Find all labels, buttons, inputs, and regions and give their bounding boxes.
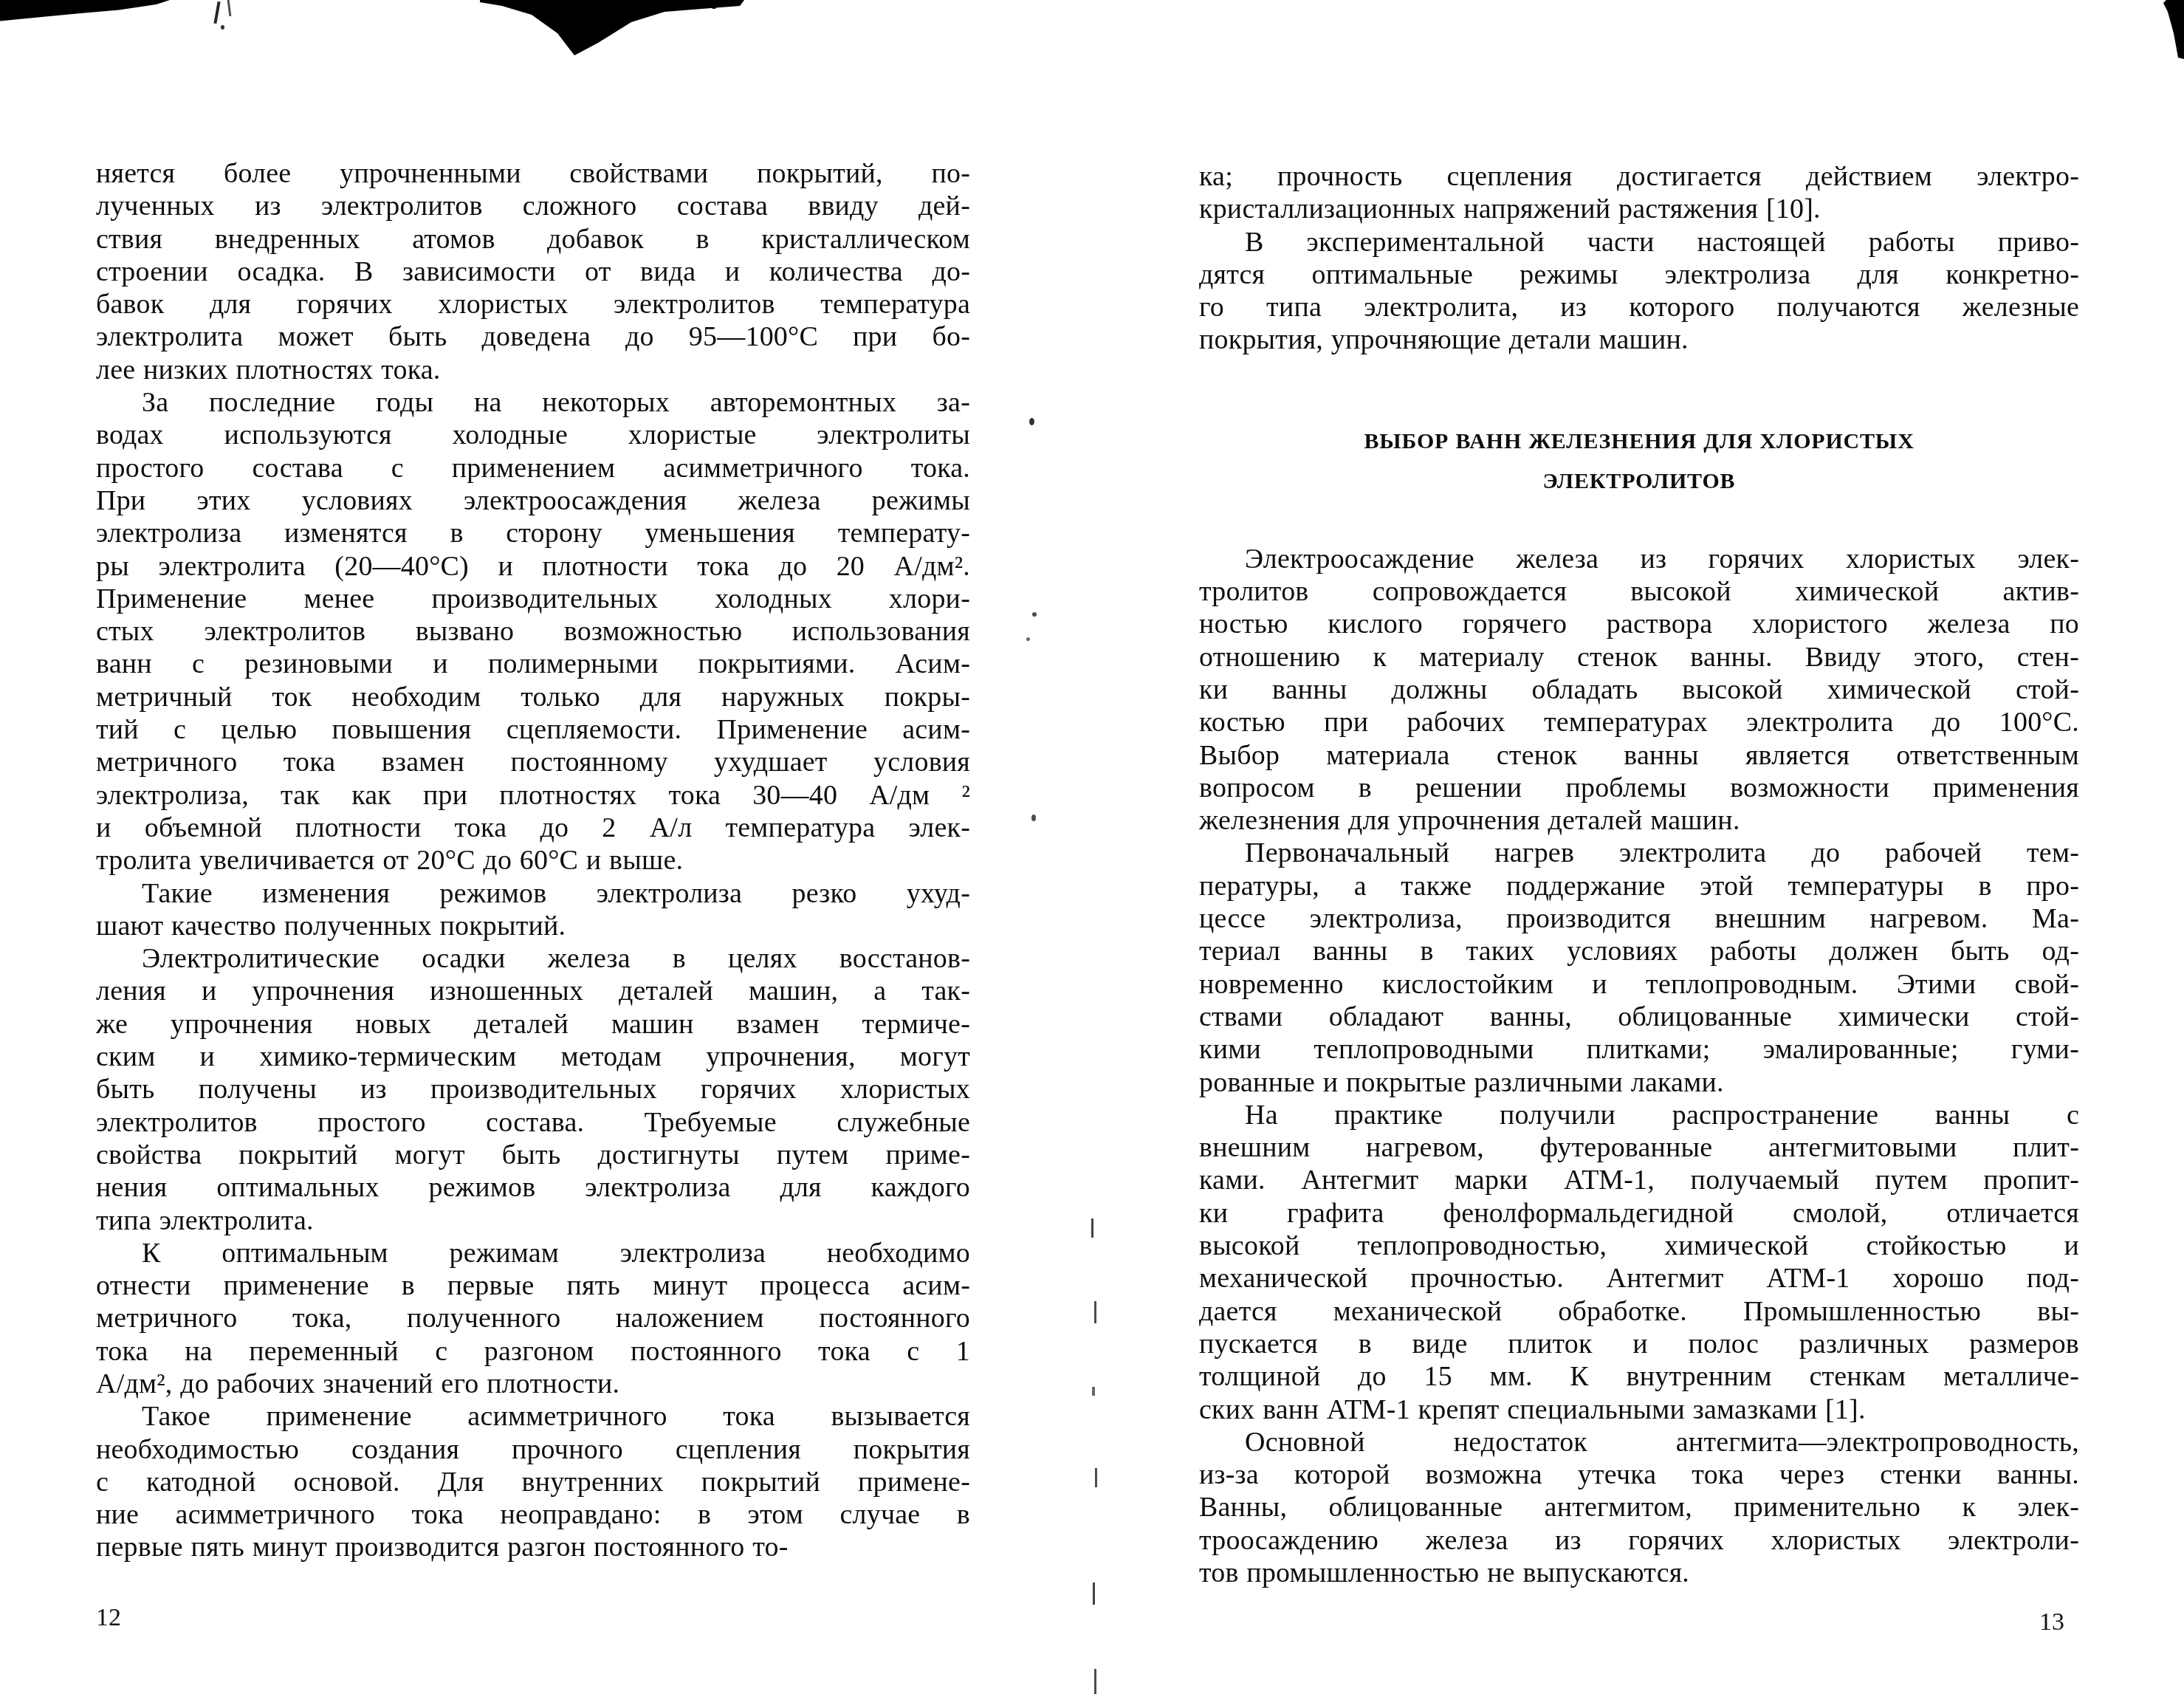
text-line: ских ванн АТМ-1 крепят специальными зама… bbox=[1199, 1393, 2079, 1426]
scan-smudge-top-center bbox=[480, 0, 744, 58]
text-line: тий с целью повышения сцепляемости. Прим… bbox=[96, 713, 970, 746]
text-line: нения оптимальных режимов электролиза дл… bbox=[96, 1171, 970, 1204]
text-line: троосаждению железа из горячих хлористых… bbox=[1199, 1524, 2079, 1557]
text-line: пускается в виде плиток и полос различны… bbox=[1199, 1328, 2079, 1360]
text-line: ние асимметричного тока неоправдано: в э… bbox=[96, 1498, 970, 1531]
paragraph: Первоначальный нагрев электролита до раб… bbox=[1199, 837, 2079, 1098]
gutter-mark bbox=[1093, 1583, 1095, 1605]
text-line: ванн с резиновыми и полимерными покрытия… bbox=[96, 648, 970, 680]
paragraph: К оптимальным режимам электролиза необхо… bbox=[96, 1237, 970, 1400]
gutter-mark bbox=[1094, 1301, 1096, 1323]
text-line: К оптимальным режимам электролиза необхо… bbox=[96, 1237, 970, 1269]
text-line: с катодной основой. Для внутренних покры… bbox=[96, 1466, 970, 1498]
text-line: Основной недостаток антегмита—электропро… bbox=[1199, 1426, 2079, 1458]
paragraph: Такое применение асимметричного тока выз… bbox=[96, 1400, 970, 1563]
paragraph: На практике получили распространение ван… bbox=[1199, 1099, 2079, 1426]
text-line: отношению к материалу стенок ванны. Ввид… bbox=[1199, 641, 2079, 673]
text-line: электролитов простого состава. Требуемые… bbox=[96, 1106, 970, 1139]
text-line: необходимостью создания прочного сцеплен… bbox=[96, 1433, 970, 1466]
text-line: Электроосаждение железа из горячих хлори… bbox=[1199, 543, 2079, 575]
scan-speck bbox=[221, 25, 224, 30]
text-line: первые пять минут производится разгон по… bbox=[96, 1531, 970, 1563]
scan-speck bbox=[1029, 418, 1034, 425]
text-line: рованные и покрытые различными лаками. bbox=[1199, 1066, 2079, 1099]
text-line: же упрочнения новых деталей машин взамен… bbox=[96, 1008, 970, 1041]
text-line: За последние годы на некоторых авторемон… bbox=[96, 386, 970, 419]
book-scan-spread: { "document": { "language": "ru", "left_… bbox=[0, 0, 2184, 1697]
text-line: водах используются холодные хлористые эл… bbox=[96, 419, 970, 451]
text-line: ки ванны должны обладать высокой химичес… bbox=[1199, 673, 2079, 706]
heading-line: ВЫБОР ВАНН ЖЕЛЕЗНЕНИЯ ДЛЯ ХЛОРИСТЫХ bbox=[1199, 422, 2079, 462]
scan-speck bbox=[711, 3, 717, 9]
text-line: ским и химико-термическим методам упрочн… bbox=[96, 1041, 970, 1073]
text-line: железнения для упрочнения деталей машин. bbox=[1199, 804, 2079, 837]
text-line: А/дм², до рабочих значений его плотности… bbox=[96, 1368, 970, 1400]
text-line: На практике получили распространение ван… bbox=[1199, 1099, 2079, 1131]
text-line: отнести применение в первые пять минут п… bbox=[96, 1269, 970, 1302]
text-line: внешним нагревом, футерованные антегмито… bbox=[1199, 1131, 2079, 1164]
text-line: Первоначальный нагрев электролита до раб… bbox=[1199, 837, 2079, 869]
text-line: стых электролитов вызвано возможностью и… bbox=[96, 615, 970, 648]
text-line: кими теплопроводными плитками; эмалирова… bbox=[1199, 1033, 2079, 1066]
left-page-text-column: няется более упрочненными свойствами пок… bbox=[96, 157, 970, 1564]
text-line: типа электролита. bbox=[96, 1204, 970, 1237]
text-line: из-за которой возможна утечка тока через… bbox=[1199, 1458, 2079, 1491]
text-line: электролиза, так как при плотностях тока… bbox=[96, 779, 970, 812]
scan-pen-streak bbox=[227, 0, 232, 16]
gutter-mark bbox=[1092, 1387, 1095, 1396]
scan-speck bbox=[1031, 815, 1036, 821]
text-line: механической прочностью. Антегмит АТМ-1 … bbox=[1199, 1262, 2079, 1295]
text-line: дается механической обработке. Промышлен… bbox=[1199, 1295, 2079, 1328]
text-line: Ванны, облицованные антегмитом, применит… bbox=[1199, 1491, 2079, 1523]
scan-smudge-top-left bbox=[0, 0, 170, 22]
text-line: ры электролита (20—40°С) и плотности ток… bbox=[96, 550, 970, 583]
text-line: тролита увеличивается от 20°С до 60°С и … bbox=[96, 844, 970, 877]
text-line: толщиной до 15 мм. К внутренним стенкам … bbox=[1199, 1360, 2079, 1393]
text-line: дятся оптимальные режимы электролиза для… bbox=[1199, 258, 2079, 291]
scan-smudge-top-right bbox=[2159, 0, 2184, 59]
text-line: териал ванны в таких условиях работы дол… bbox=[1199, 935, 2079, 967]
paragraph: ка; прочность сцепления достигается дейс… bbox=[1199, 160, 2079, 226]
text-line: новременно кислостойким и теплопроводным… bbox=[1199, 968, 2079, 1001]
gutter-mark bbox=[1094, 1669, 1096, 1694]
text-line: тов промышленностью не выпускаются. bbox=[1199, 1557, 2079, 1589]
paragraph: Такие изменения режимов электролиза резк… bbox=[96, 877, 970, 943]
text-line: тролитов сопровождается высокой химическ… bbox=[1199, 575, 2079, 608]
text-line: высокой теплопроводностью, химической ст… bbox=[1199, 1230, 2079, 1262]
text-line: строении осадка. В зависимости от вида и… bbox=[96, 256, 970, 288]
text-line: пературы, а также поддержание этой темпе… bbox=[1199, 870, 2079, 902]
text-line: простого состава с применением асимметри… bbox=[96, 452, 970, 484]
text-line: свойства покрытий могут быть достигнуты … bbox=[96, 1139, 970, 1171]
text-line: электролита может быть доведена до 95—10… bbox=[96, 320, 970, 353]
text-line: кристаллизационных напряжений растяжения… bbox=[1199, 193, 2079, 225]
text-line: няется более упрочненными свойствами пок… bbox=[96, 157, 970, 190]
text-line: цессе электролиза, производится внешним … bbox=[1199, 902, 2079, 935]
text-line: и объемной плотности тока до 2 А/л темпе… bbox=[96, 812, 970, 844]
text-line: ствия внедренных атомов добавок в криста… bbox=[96, 223, 970, 256]
text-line: электролиза изменятся в сторону уменьшен… bbox=[96, 517, 970, 549]
paragraph: Основной недостаток антегмита—электропро… bbox=[1199, 1426, 2079, 1589]
text-line: метричного тока взамен постоянному ухудш… bbox=[96, 746, 970, 778]
text-line: Электролитические осадки железа в целях … bbox=[96, 942, 970, 975]
text-line: костью при рабочих температурах электрол… bbox=[1199, 706, 2079, 738]
scan-speck bbox=[1026, 637, 1030, 641]
right-page-text-column: ка; прочность сцепления достигается дейс… bbox=[1199, 160, 2079, 1589]
text-line: тока на переменный с разгоном постоянног… bbox=[96, 1335, 970, 1368]
text-line: ления и упрочнения изношенных деталей ма… bbox=[96, 975, 970, 1007]
text-line: быть получены из производительных горячи… bbox=[96, 1073, 970, 1105]
gutter-mark bbox=[1091, 1218, 1093, 1238]
heading-line: ЭЛЕКТРОЛИТОВ bbox=[1199, 462, 2079, 501]
text-line: Такие изменения режимов электролиза резк… bbox=[96, 877, 970, 910]
gutter-mark bbox=[1095, 1468, 1097, 1487]
page-number-right: 13 bbox=[2039, 1608, 2064, 1636]
text-line: шают качество полученных покрытий. bbox=[96, 910, 970, 942]
text-line: покрытия, упрочняющие детали машин. bbox=[1199, 323, 2079, 356]
text-line: Такое применение асимметричного тока выз… bbox=[96, 1400, 970, 1433]
paragraph: За последние годы на некоторых авторемон… bbox=[96, 386, 970, 877]
text-line: ками. Антегмит марки АТМ-1, получаемый п… bbox=[1199, 1164, 2079, 1196]
section-heading: ВЫБОР ВАНН ЖЕЛЕЗНЕНИЯ ДЛЯ ХЛОРИСТЫХЭЛЕКТ… bbox=[1199, 422, 2079, 501]
text-line: В экспериментальной части настоящей рабо… bbox=[1199, 226, 2079, 258]
text-line: вопросом в решении проблемы возможности … bbox=[1199, 772, 2079, 804]
page-number-left: 12 bbox=[96, 1604, 121, 1632]
paragraph: Электролитические осадки железа в целях … bbox=[96, 942, 970, 1237]
text-line: бавок для горячих хлористых электролитов… bbox=[96, 288, 970, 320]
text-line: го типа электролита, из которого получаю… bbox=[1199, 291, 2079, 323]
paragraph: няется более упрочненными свойствами пок… bbox=[96, 157, 970, 386]
text-line: метричного тока, полученного наложением … bbox=[96, 1302, 970, 1334]
paragraph: В экспериментальной части настоящей рабо… bbox=[1199, 226, 2079, 357]
text-line: Применение менее производительных холодн… bbox=[96, 583, 970, 615]
scan-speck bbox=[1032, 612, 1037, 617]
text-line: метричный ток необходим только для наруж… bbox=[96, 681, 970, 713]
text-line: ствами обладают ванны, облицованные хими… bbox=[1199, 1001, 2079, 1033]
text-line: ностью кислого горячего раствора хлорист… bbox=[1199, 608, 2079, 640]
scan-pen-streak bbox=[213, 1, 220, 24]
paragraph: Электроосаждение железа из горячих хлори… bbox=[1199, 543, 2079, 837]
text-line: лученных из электролитов сложного состав… bbox=[96, 190, 970, 222]
text-line: ки графита фенолформальдегидной смолой, … bbox=[1199, 1197, 2079, 1230]
text-line: ка; прочность сцепления достигается дейс… bbox=[1199, 160, 2079, 193]
text-line: При этих условиях электроосаждения желез… bbox=[96, 484, 970, 517]
text-line: лее низких плотностях тока. bbox=[96, 354, 970, 386]
text-line: Выбор материала стенок ванны является от… bbox=[1199, 739, 2079, 772]
